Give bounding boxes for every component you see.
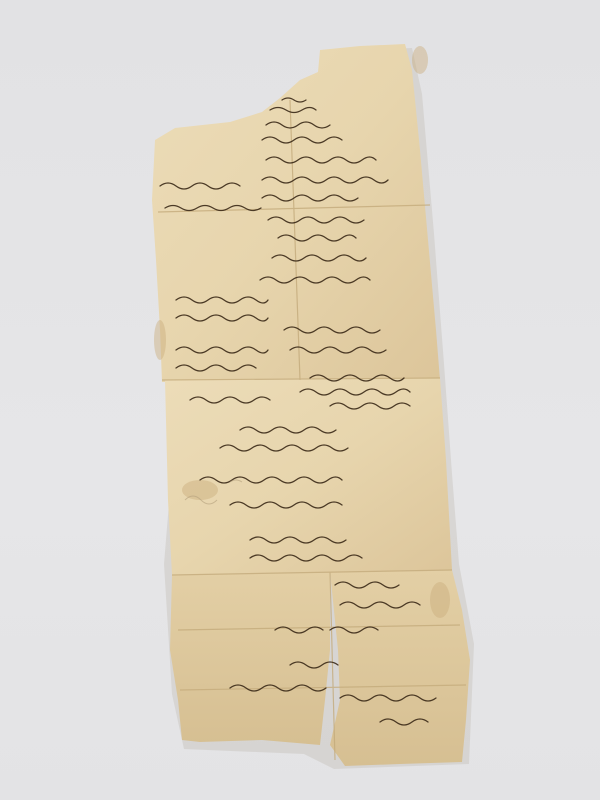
paper-lower-left	[170, 572, 330, 745]
manuscript-document	[0, 0, 600, 800]
paper-upper	[152, 44, 440, 382]
